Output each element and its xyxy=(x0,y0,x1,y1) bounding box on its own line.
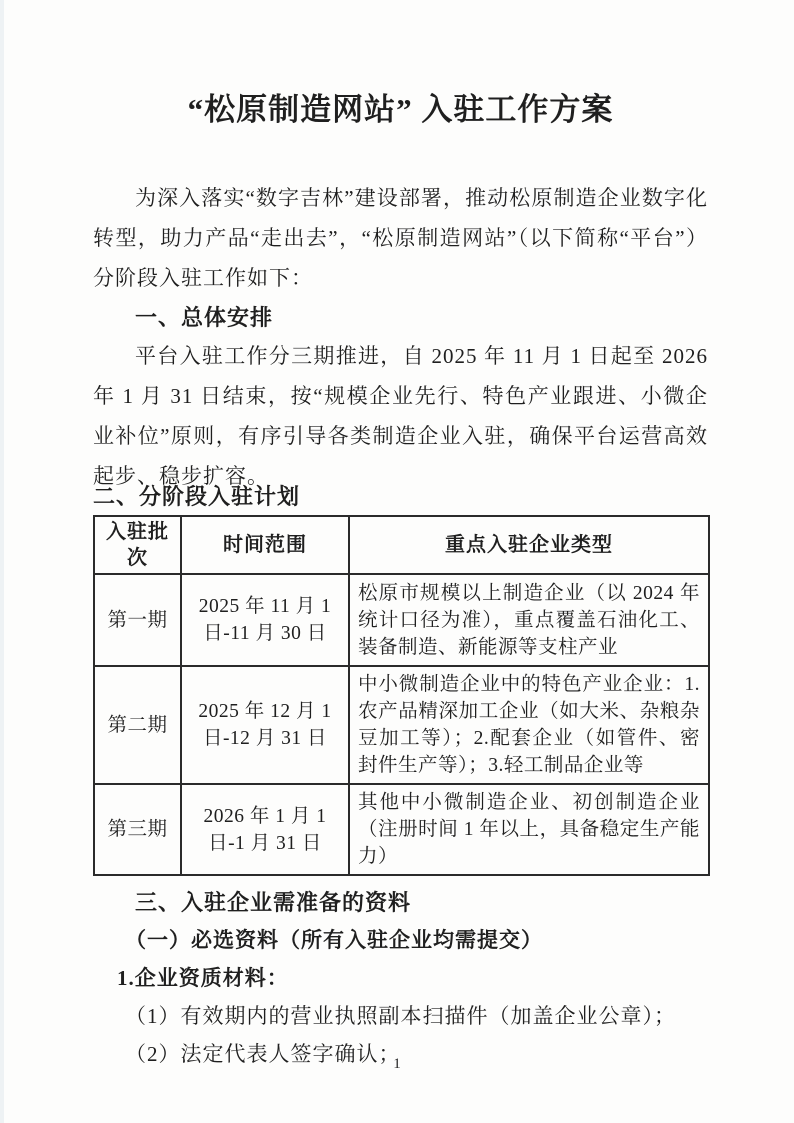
phase-2-batch-cell: 第二期 xyxy=(94,666,181,784)
phase-3-time-cell: 2026 年 1 月 1 日-1 月 31 日 xyxy=(181,784,349,875)
table-header-row: 入驻批次 时间范围 重点入驻企业类型 xyxy=(94,516,709,574)
col-header-time-range: 时间范围 xyxy=(181,516,349,574)
phase-1-type-cell: 松原市规模以上制造企业（以 2024 年统计口径为准），重点覆盖石油化工、装备制… xyxy=(349,574,709,666)
section-3-heading: 三、入驻企业需准备的资料 xyxy=(93,885,708,921)
phase-1-batch-cell: 第一期 xyxy=(94,574,181,666)
phase-3-batch-cell: 第三期 xyxy=(94,784,181,875)
intro-paragraph: 为深入落实“数字吉林”建设部署，推动松原制造企业数字化转型，助力产品“走出去”，… xyxy=(93,178,708,298)
scan-edge-artifact xyxy=(0,0,4,1123)
item-1-1-business-license: （1）有效期内的营业执照副本扫描件（加盖企业公章）； xyxy=(93,997,708,1035)
phase-3-type-cell: 其他中小微制造企业、初创制造企业（注册时间 1 年以上，具备稳定生产能力） xyxy=(349,784,709,875)
document-page: “松原制造网站” 入驻工作方案 为深入落实“数字吉林”建设部署，推动松原制造企业… xyxy=(0,0,794,1123)
table-row-phase-1: 第一期 2025 年 11 月 1 日-11 月 30 日 松原市规模以上制造企… xyxy=(94,574,709,666)
document-title: “松原制造网站” 入驻工作方案 xyxy=(93,92,708,128)
phase-1-time-cell: 2025 年 11 月 1 日-11 月 30 日 xyxy=(181,574,349,666)
section-3-subheading-required-materials: （一）必选资料（所有入驻企业均需提交） xyxy=(93,921,708,959)
page-number: 1 xyxy=(0,1056,794,1073)
section-2-heading: 二、分阶段入驻计划 xyxy=(93,480,708,514)
section-1-heading: 一、总体安排 xyxy=(93,300,708,336)
phase-plan-table: 入驻批次 时间范围 重点入驻企业类型 第一期 2025 年 11 月 1 日-1… xyxy=(93,515,710,876)
phase-2-time-cell: 2025 年 12 月 1 日-12 月 31 日 xyxy=(181,666,349,784)
col-header-batch: 入驻批次 xyxy=(94,516,181,574)
document-content: “松原制造网站” 入驻工作方案 为深入落实“数字吉林”建设部署，推动松原制造企业… xyxy=(93,0,708,1073)
table-row-phase-2: 第二期 2025 年 12 月 1 日-12 月 31 日 中小微制造企业中的特… xyxy=(94,666,709,784)
col-header-enterprise-type: 重点入驻企业类型 xyxy=(349,516,709,574)
table-row-phase-3: 第三期 2026 年 1 月 1 日-1 月 31 日 其他中小微制造企业、初创… xyxy=(94,784,709,875)
item-1-enterprise-qualification: 1.企业资质材料： xyxy=(93,959,708,997)
section-1-body: 平台入驻工作分三期推进，自 2025 年 11 月 1 日起至 2026 年 1… xyxy=(93,336,708,496)
phase-2-type-cell: 中小微制造企业中的特色产业企业：1.农产品精深加工企业（如大米、杂粮杂豆加工等）… xyxy=(349,666,709,784)
